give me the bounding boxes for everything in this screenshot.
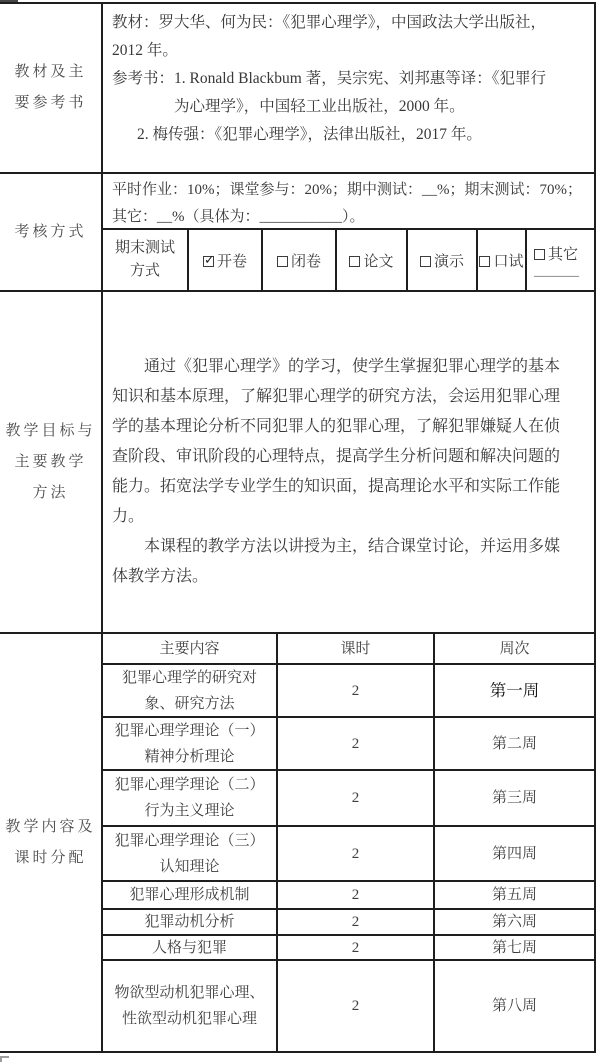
cell-week: 第八周 (433, 961, 594, 1051)
exam-option-other: 其它 ______ (525, 230, 594, 290)
objectives-paragraph: 本课程的教学方法以讲授为主，结合课堂讨论，并运用多媒体教学方法。 (112, 532, 570, 592)
section-label-textbooks: 教材及主 要参考书 (0, 4, 103, 172)
header-line: 方式 (115, 260, 175, 283)
table-row: 犯罪心理学理论（一）精神分析理论 2 第二周 (103, 716, 594, 769)
textbook-line: 2012 年。 (112, 37, 588, 65)
textbooks-content: 教材：罗大华、何为民：《犯罪心理学》，中国政法大学出版社， 2012 年。 参考… (103, 4, 594, 172)
table-row: 犯罪心理学理论（三）认知理论 2 第四周 (103, 825, 594, 880)
cell-hours: 2 (276, 665, 433, 716)
cell-content: 犯罪心理学理论（二）行为主义理论 (103, 771, 276, 825)
exam-option-oral: 口试 (476, 230, 525, 290)
section-label-schedule: 教学内容及 课时分配 (0, 634, 103, 1051)
cell-hours: 2 (276, 718, 433, 769)
checkbox-icon (277, 256, 288, 267)
column-header-content: 主要内容 (103, 634, 276, 663)
section-assessment: 考核方式 平时作业：10%；课堂参与：20%；期中测试：__%；期末测试：70%… (0, 172, 594, 290)
label-line: 主要教学 (14, 447, 86, 478)
table-row: 犯罪动机分析 2 第六周 (103, 908, 594, 934)
cell-content: 人格与犯罪 (103, 936, 276, 959)
table-row: 物欲型动机犯罪心理、性欲型动机犯罪心理 2 第八周 (103, 959, 594, 1051)
cell-week: 第一周 (433, 665, 594, 716)
final-exam-method-table: 期末测试 方式 开卷 闭卷 论文 演示 口试 (103, 228, 594, 290)
schedule-content: 主要内容 课时 周次 犯罪心理学的研究对象、研究方法 2 第一周 犯罪心理学理论… (103, 634, 594, 1051)
table-row: 犯罪心理形成机制 2 第五周 (103, 880, 594, 908)
cell-hours: 2 (276, 827, 433, 880)
column-header-week: 周次 (433, 634, 594, 663)
syllabus-table: 教材及主 要参考书 教材：罗大华、何为民：《犯罪心理学》，中国政法大学出版社， … (0, 2, 596, 1053)
cell-hours: 2 (276, 771, 433, 825)
section-schedule: 教学内容及 课时分配 主要内容 课时 周次 犯罪心理学的研究对象、研究方法 2 … (0, 632, 594, 1051)
checkbox-icon (349, 256, 360, 267)
textbook-line: 2. 梅传强：《犯罪心理学》，法律出版社，2017 年。 (112, 121, 588, 149)
cell-week: 第二周 (433, 718, 594, 769)
grading-breakdown: 平时作业：10%；课堂参与：20%；期中测试：__%；期末测试：70%；其它：_… (103, 174, 594, 228)
other-blank-line: ______ (534, 264, 579, 278)
exam-option-open-book: 开卷 (187, 230, 261, 290)
cell-content: 犯罪心理学理论（一）精神分析理论 (103, 718, 276, 769)
table-row: 犯罪心理学理论（二）行为主义理论 2 第三周 (103, 769, 594, 825)
label-line: 课时分配 (14, 843, 86, 874)
section-label-assessment: 考核方式 (0, 174, 103, 290)
final-exam-header: 期末测试 方式 (103, 230, 187, 290)
section-objectives: 教学目标与 主要教学 方法 通过《犯罪心理学》的学习，使学生掌握犯罪心理学的基本… (0, 290, 594, 632)
cell-week: 第五周 (433, 882, 594, 908)
label-line: 要参考书 (14, 88, 86, 119)
label-line: 方法 (32, 478, 68, 509)
label-line: 考核方式 (14, 217, 86, 248)
cell-hours: 2 (276, 882, 433, 908)
cell-week: 第七周 (433, 936, 594, 959)
textbook-line: 参考书：1. Ronald Blackbum 著，吴宗宪、刘邦惠等译：《犯罪行 (112, 65, 588, 93)
table-row: 人格与犯罪 2 第七周 (103, 934, 594, 959)
schedule-header-row: 主要内容 课时 周次 (103, 634, 594, 663)
textbook-line: 为心理学》，中国轻工业出版社，2000 年。 (112, 93, 588, 121)
cell-hours: 2 (276, 910, 433, 934)
cell-content: 犯罪动机分析 (103, 910, 276, 934)
page-edge-artifact-bottom (0, 1056, 9, 1062)
exam-option-closed-book: 闭卷 (261, 230, 335, 290)
cell-week: 第四周 (433, 827, 594, 880)
cell-hours: 2 (276, 936, 433, 959)
cell-content: 犯罪心理学理论（三）认知理论 (103, 827, 276, 880)
objectives-paragraph: 通过《犯罪心理学》的学习，使学生掌握犯罪心理学的基本知识和基本原理，了解犯罪心理… (112, 352, 570, 532)
cell-hours: 2 (276, 961, 433, 1051)
checkbox-checked-icon (203, 256, 214, 267)
label-line: 教学内容及 (5, 812, 95, 843)
label-line: 教材及主 (14, 57, 86, 88)
section-label-objectives: 教学目标与 主要教学 方法 (0, 292, 103, 632)
label-line: 教学目标与 (5, 416, 95, 447)
assessment-content: 平时作业：10%；课堂参与：20%；期中测试：__%；期末测试：70%；其它：_… (103, 174, 594, 290)
table-row: 犯罪心理学的研究对象、研究方法 2 第一周 (103, 663, 594, 716)
cell-content: 物欲型动机犯罪心理、性欲型动机犯罪心理 (103, 961, 276, 1051)
cell-content: 犯罪心理学的研究对象、研究方法 (103, 665, 276, 716)
objectives-content: 通过《犯罪心理学》的学习，使学生掌握犯罪心理学的基本知识和基本原理，了解犯罪心理… (103, 292, 594, 632)
exam-option-presentation: 演示 (406, 230, 476, 290)
textbook-line: 教材：罗大华、何为民：《犯罪心理学》，中国政法大学出版社， (112, 9, 588, 37)
schedule-table: 主要内容 课时 周次 犯罪心理学的研究对象、研究方法 2 第一周 犯罪心理学理论… (103, 634, 594, 1051)
cell-week: 第六周 (433, 910, 594, 934)
header-line: 期末测试 (115, 237, 175, 260)
cell-content: 犯罪心理形成机制 (103, 882, 276, 908)
checkbox-icon (479, 256, 490, 267)
column-header-hours: 课时 (276, 634, 433, 663)
checkbox-icon (420, 256, 431, 267)
exam-option-essay: 论文 (335, 230, 406, 290)
cell-week: 第三周 (433, 771, 594, 825)
section-textbooks: 教材及主 要参考书 教材：罗大华、何为民：《犯罪心理学》，中国政法大学出版社， … (0, 4, 594, 172)
checkbox-icon (534, 249, 545, 260)
